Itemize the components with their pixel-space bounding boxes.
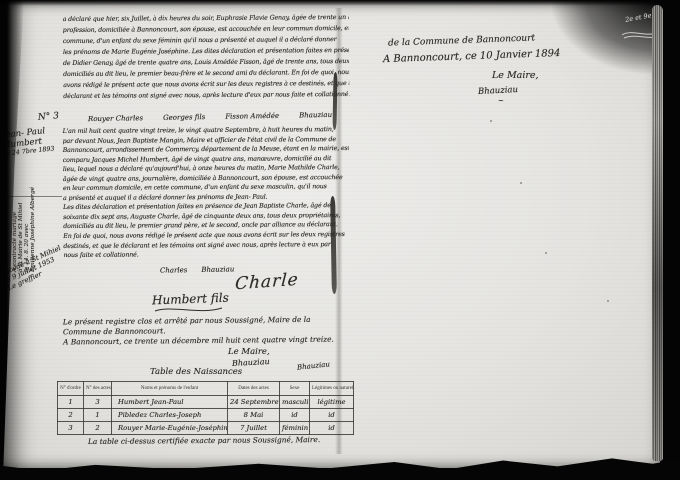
right-signature-paraph: ~ <box>498 97 504 105</box>
cell-name: Rouyer Marie-Eugénie-Joséphine <box>112 422 228 435</box>
cell-order: 2 <box>58 409 84 422</box>
cell-acte: 3 <box>84 396 112 409</box>
right-mayor-signature: Bhauziau <box>478 85 518 97</box>
scanned-register-page: N° 3 Jean- Paul Humbert le 24 7bre 1893 … <box>0 0 680 480</box>
closing-le-maire: Le Maire, <box>228 347 270 357</box>
paper-speck <box>520 182 522 184</box>
scan-right-edge <box>660 0 680 480</box>
act1-signature: Fisson Amédée <box>225 112 279 121</box>
cell-order: 3 <box>58 422 84 435</box>
cell-legitime: id <box>310 422 354 435</box>
births-table: N° d'ordre N° des actes Noms et prénoms … <box>57 381 354 435</box>
right-le-maire: Le Maire, <box>492 70 539 81</box>
closing-paragraph: Le présent registre clos et arrêté par n… <box>63 315 334 348</box>
table-title: Table des Naissances <box>150 367 242 377</box>
margin-act-number: N° 3 <box>38 111 60 122</box>
table-row: 2 1 Pibledez Charles-Joseph 8 Mai id id <box>58 409 354 422</box>
paper-speck <box>545 252 547 254</box>
cell-order: 1 <box>58 396 84 409</box>
act2-paragraph: L'an mil huit cent quatre vingt treize, … <box>63 126 350 262</box>
cell-name: Pibledez Charles-Joseph <box>112 409 228 422</box>
cell-legitime: id <box>310 409 354 422</box>
paper-speck <box>607 300 609 302</box>
cell-acte: 2 <box>84 422 112 435</box>
col-header-acte: N° des actes <box>84 382 112 396</box>
act2-signature: Bhauziau <box>201 265 234 274</box>
act2-line: nous faite et collationné. <box>63 250 349 262</box>
col-header-names: Noms et prénoms de l'enfant <box>112 382 228 396</box>
col-header-legitime: Légitimes ou naturels <box>310 382 354 396</box>
cell-legitime: légitime <box>310 396 354 409</box>
act2-signature: Charles <box>160 266 187 274</box>
scan-top-edge <box>0 0 680 6</box>
cell-date: 24 Septembre <box>228 396 280 409</box>
col-header-sexe: Sexe <box>280 382 310 396</box>
act2-declarant-signature: Humbert fils <box>152 288 229 314</box>
cell-sexe: masculin <box>280 396 310 409</box>
act1-signature: Georges fils <box>163 113 205 122</box>
act1-paragraph: a déclaré que hier, six Juillet, à dix h… <box>63 14 350 104</box>
table-row: 3 2 Rouyer Marie-Eugénie-Joséphine 7 Jui… <box>58 422 354 435</box>
cell-sexe: féminin <box>280 422 310 435</box>
act2-declarant-name: Humbert fils <box>152 291 229 308</box>
act1-line: déclarant et les témoins ont signé avec … <box>63 91 349 104</box>
table-row: 1 3 Humbert Jean-Paul 24 Septembre mascu… <box>58 396 354 409</box>
cell-acte: 1 <box>84 409 112 422</box>
cell-date: 7 Juillet <box>228 422 280 435</box>
paper-speck <box>490 120 492 122</box>
cell-name: Humbert Jean-Paul <box>112 396 228 409</box>
act1-signature: Bhauziau <box>299 111 332 120</box>
cell-date: 8 Mai <box>228 409 280 422</box>
book-page-edges <box>652 5 663 461</box>
act1-signature: Rouyer Charles <box>88 114 143 123</box>
cell-sexe: id <box>280 409 310 422</box>
col-header-order: N° d'ordre <box>58 382 84 396</box>
act2-signature-row: Charles Bhauziau <box>160 265 234 274</box>
col-header-dates: Dates des actes <box>228 382 280 396</box>
table-header-row: N° d'ordre N° des actes Noms et prénoms … <box>58 382 354 396</box>
